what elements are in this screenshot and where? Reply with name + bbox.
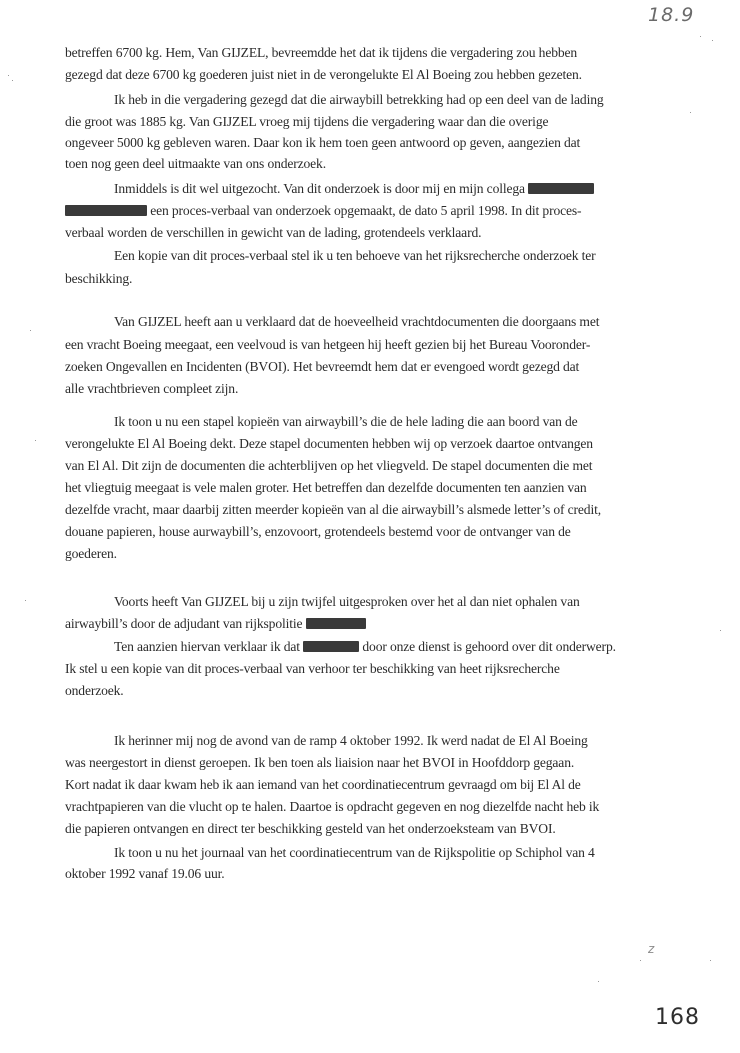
scan-speck: [12, 80, 13, 81]
text-line: toen nog geen deel uitmaakte van ons ond…: [65, 156, 326, 172]
line-text: Ik toon u nu het journaal van het coordi…: [114, 845, 595, 860]
line-text: een vracht Boeing meegaat, een veelvoud …: [65, 337, 590, 352]
text-line: oktober 1992 vanaf 19.06 uur.: [65, 866, 225, 882]
scan-speck: [700, 36, 701, 37]
line-text: verbaal worden de verschillen in gewicht…: [65, 225, 481, 240]
text-line: Ik toon u nu het journaal van het coordi…: [114, 845, 595, 861]
line-text: door onze dienst is gehoord over dit ond…: [359, 639, 616, 654]
text-line: die groot was 1885 kg. Van GIJZEL vroeg …: [65, 114, 548, 130]
text-line: een vracht Boeing meegaat, een veelvoud …: [65, 337, 590, 353]
line-text: verongelukte El Al Boeing dekt. Deze sta…: [65, 436, 593, 451]
line-text: alle vrachtbrieven compleet zijn.: [65, 381, 238, 396]
line-text: douane papieren, house aurwaybill’s, enz…: [65, 524, 571, 539]
text-line: alle vrachtbrieven compleet zijn.: [65, 381, 238, 397]
line-text: gezegd dat deze 6700 kg goederen juist n…: [65, 67, 582, 82]
text-line: het vliegtuig meegaat is vele malen grot…: [65, 480, 587, 496]
line-text: Een kopie van dit proces-verbaal stel ik…: [114, 248, 596, 263]
line-text: Inmiddels is dit wel uitgezocht. Van dit…: [114, 181, 528, 196]
line-text: Voorts heeft Van GIJZEL bij u zijn twijf…: [114, 594, 580, 609]
redaction-block: [65, 205, 147, 216]
scan-speck: [710, 960, 711, 961]
scan-speck: [25, 600, 26, 601]
text-line: dezelfde vracht, maar daarbij zitten mee…: [65, 502, 601, 518]
line-text: zoeken Ongevallen en Incidenten (BVOI). …: [65, 359, 579, 374]
line-text: Ik toon u nu een stapel kopieën van airw…: [114, 414, 578, 429]
line-text: een proces-verbaal van onderzoek opgemaa…: [147, 203, 581, 218]
line-text: die papieren ontvangen en direct ter bes…: [65, 821, 556, 836]
text-line: beschikking.: [65, 271, 132, 287]
redaction-block: [528, 183, 594, 194]
line-text: betreffen 6700 kg. Hem, Van GIJZEL, bevr…: [65, 45, 577, 60]
scan-speck: [598, 981, 599, 982]
text-line: Ik stel u een kopie van dit proces-verba…: [65, 661, 560, 677]
line-text: Ten aanzien hiervan verklaar ik dat: [114, 639, 303, 654]
line-text: Kort nadat ik daar kwam heb ik aan ieman…: [65, 777, 581, 792]
document-page: 18.9 betreffen 6700 kg. Hem, Van GIJZEL,…: [0, 0, 740, 1053]
handwritten-page-number: 168: [655, 1005, 700, 1030]
line-text: Ik stel u een kopie van dit proces-verba…: [65, 661, 560, 676]
scan-speck: [30, 330, 31, 331]
text-line: een proces-verbaal van onderzoek opgemaa…: [65, 203, 581, 219]
line-text: dezelfde vracht, maar daarbij zitten mee…: [65, 502, 601, 517]
line-text: van El Al. Dit zijn de documenten die ac…: [65, 458, 592, 473]
scan-speck: [690, 112, 691, 113]
text-line: was neergestort in dienst geroepen. Ik b…: [65, 755, 574, 771]
handwritten-mark: z: [648, 942, 654, 956]
text-line: van El Al. Dit zijn de documenten die ac…: [65, 458, 592, 474]
scan-speck: [720, 630, 721, 631]
text-line: Kort nadat ik daar kwam heb ik aan ieman…: [65, 777, 581, 793]
text-line: goederen.: [65, 546, 117, 562]
text-line: betreffen 6700 kg. Hem, Van GIJZEL, bevr…: [65, 45, 577, 61]
line-text: onderzoek.: [65, 683, 124, 698]
scan-speck: [640, 960, 641, 961]
text-line: ongeveer 5000 kg gebleven waren. Daar ko…: [65, 135, 580, 151]
text-line: Ik toon u nu een stapel kopieën van airw…: [114, 414, 578, 430]
text-line: Inmiddels is dit wel uitgezocht. Van dit…: [114, 181, 594, 197]
line-text: vrachtpapieren van die vlucht op te hale…: [65, 799, 599, 814]
text-line: die papieren ontvangen en direct ter bes…: [65, 821, 556, 837]
line-text: het vliegtuig meegaat is vele malen grot…: [65, 480, 587, 495]
text-line: zoeken Ongevallen en Incidenten (BVOI). …: [65, 359, 579, 375]
scan-speck: [8, 75, 9, 76]
scan-speck: [712, 40, 713, 41]
handwritten-folio-number: 18.9: [648, 4, 694, 26]
text-line: Ik herinner mij nog de avond van de ramp…: [114, 733, 588, 749]
redaction-block: [306, 618, 366, 629]
line-text: ongeveer 5000 kg gebleven waren. Daar ko…: [65, 135, 580, 150]
line-text: beschikking.: [65, 271, 132, 286]
scan-speck: [35, 440, 36, 441]
text-line: onderzoek.: [65, 683, 124, 699]
line-text: airwaybill’s door de adjudant van rijksp…: [65, 616, 306, 631]
text-line: Een kopie van dit proces-verbaal stel ik…: [114, 248, 596, 264]
text-line: Voorts heeft Van GIJZEL bij u zijn twijf…: [114, 594, 580, 610]
text-line: gezegd dat deze 6700 kg goederen juist n…: [65, 67, 582, 83]
line-text: was neergestort in dienst geroepen. Ik b…: [65, 755, 574, 770]
line-text: oktober 1992 vanaf 19.06 uur.: [65, 866, 225, 881]
line-text: Ik heb in die vergadering gezegd dat die…: [114, 92, 604, 107]
text-line: vrachtpapieren van die vlucht op te hale…: [65, 799, 599, 815]
line-text: toen nog geen deel uitmaakte van ons ond…: [65, 156, 326, 171]
line-text: die groot was 1885 kg. Van GIJZEL vroeg …: [65, 114, 548, 129]
line-text: goederen.: [65, 546, 117, 561]
text-line: douane papieren, house aurwaybill’s, enz…: [65, 524, 571, 540]
text-line: Ten aanzien hiervan verklaar ik dat door…: [114, 639, 616, 655]
text-line: airwaybill’s door de adjudant van rijksp…: [65, 616, 366, 632]
text-line: verbaal worden de verschillen in gewicht…: [65, 225, 481, 241]
line-text: Ik herinner mij nog de avond van de ramp…: [114, 733, 588, 748]
redaction-block: [303, 641, 359, 652]
line-text: Van GIJZEL heeft aan u verklaard dat de …: [114, 314, 599, 329]
text-line: verongelukte El Al Boeing dekt. Deze sta…: [65, 436, 593, 452]
text-line: Van GIJZEL heeft aan u verklaard dat de …: [114, 314, 599, 330]
text-line: Ik heb in die vergadering gezegd dat die…: [114, 92, 604, 108]
